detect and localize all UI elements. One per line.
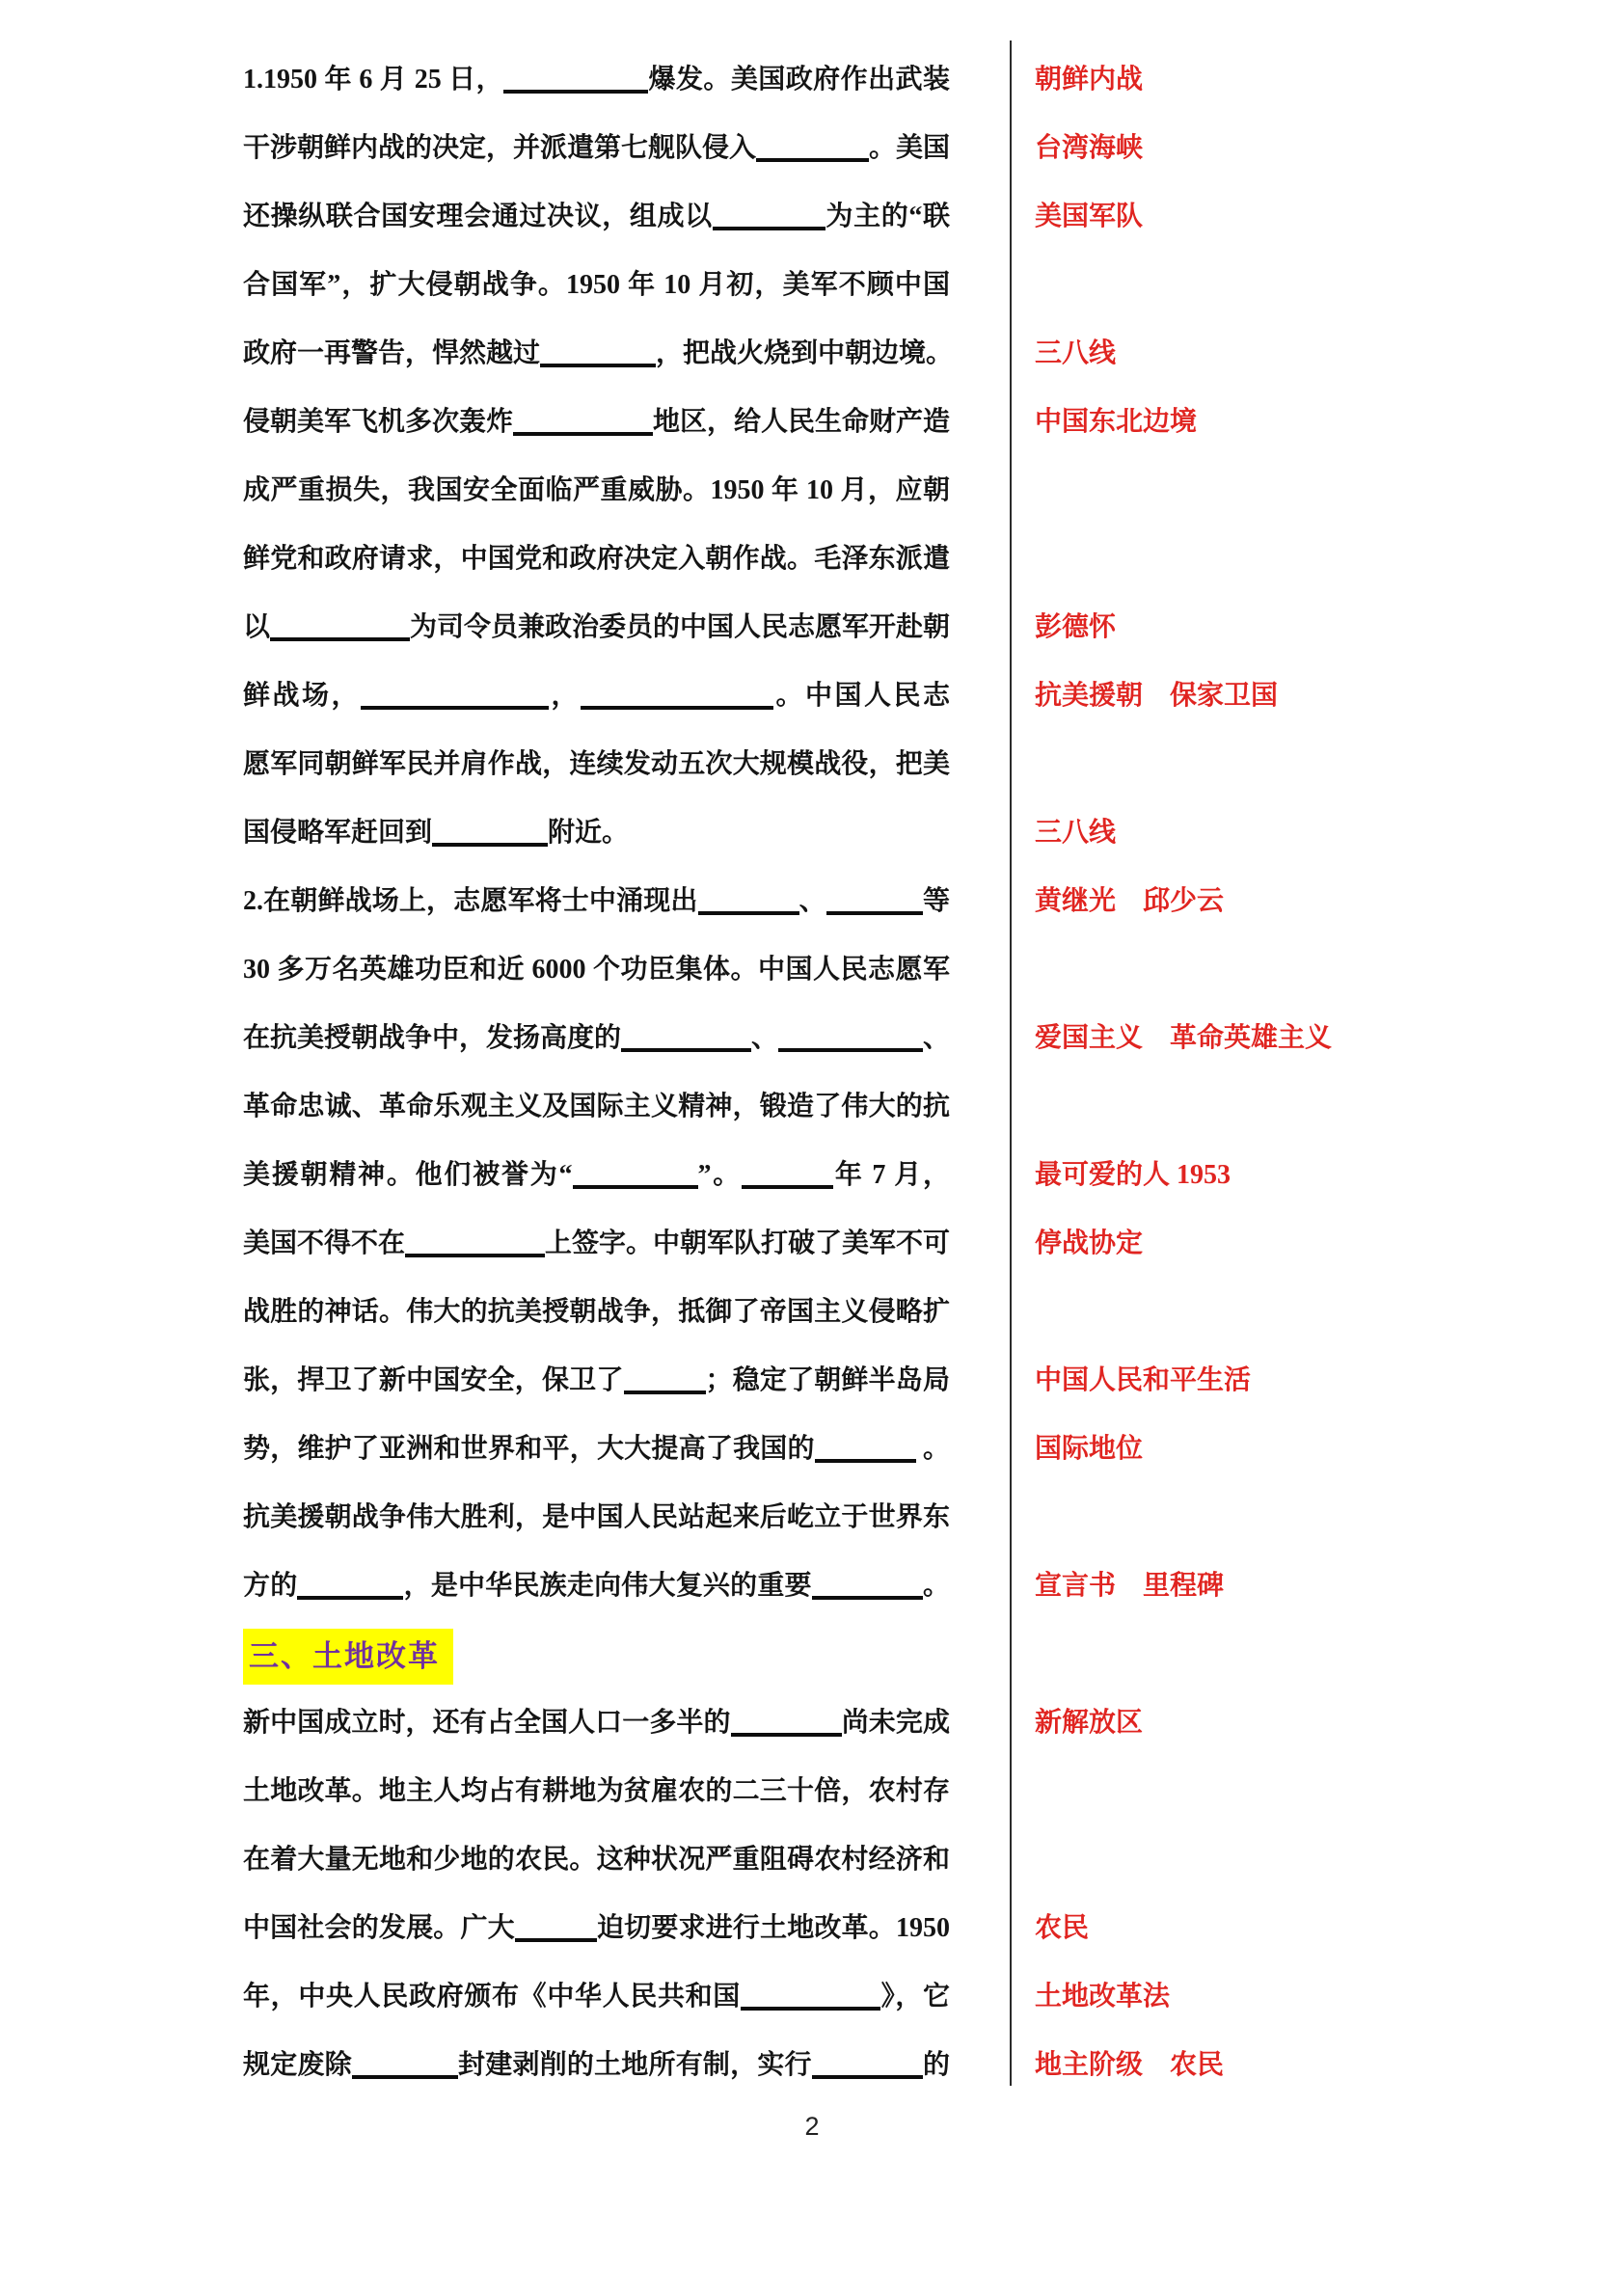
fill-in-blank xyxy=(756,129,869,162)
answer-item: 抗美援朝 保家卫国 xyxy=(1035,661,1278,730)
answer-item: 台湾海峡 xyxy=(1035,114,1143,182)
line-text: 爆发。美国政府作出武装 xyxy=(648,65,950,94)
text-line: 美国不得不在上签字。中朝军队打破了美军不可 xyxy=(243,1209,950,1278)
text-line: 30 多万名英雄功臣和近 6000 个功臣集体。中国人民志愿军 xyxy=(243,935,950,1004)
text-line: 中国社会的发展。广大迫切要求进行土地改革。1950 xyxy=(243,1894,950,1962)
text-line: 美援朝精神。他们被誉为“”。年 7 月， xyxy=(243,1141,950,1209)
line-text: 、 xyxy=(799,886,826,916)
line-text: 。中国人民志 xyxy=(773,681,950,711)
text-line: 势，维护了亚洲和世界和平，大大提高了我国的 。 xyxy=(243,1415,950,1483)
text-line: 愿军同朝鲜军民并肩作战，连续发动五次大规模战役，把美 xyxy=(243,730,950,798)
fill-in-blank xyxy=(624,1362,706,1394)
line-text: 在着大量无地和少地的农民。这种状况严重阻碍农村经济和 xyxy=(243,1845,950,1875)
text-line: 1.1950 年 6 月 25 日，爆发。美国政府作出武装 xyxy=(243,45,950,114)
line-text: 、 xyxy=(751,1023,778,1053)
text-line: 2.在朝鲜战场上，志愿军将士中涌现出、等 xyxy=(243,867,950,935)
line-text: 、 xyxy=(923,1023,950,1053)
line-text: 土地改革。地主人均占有耕地为贫雇农的二三十倍，农村存 xyxy=(243,1776,950,1806)
text-line: 在抗美授朝战争中，发扬高度的、、 xyxy=(243,1004,950,1072)
answer-item: 三八线 xyxy=(1035,319,1116,388)
fill-in-blank xyxy=(361,677,549,710)
worksheet-text-column: 1.1950 年 6 月 25 日，爆发。美国政府作出武装干涉朝鲜内战的决定，并… xyxy=(243,45,950,2099)
line-text: 新中国成立时，还有占全国人口一多半的 xyxy=(243,1708,731,1738)
answer-item: 最可爱的人 1953 xyxy=(1035,1141,1231,1209)
text-line: 还操纵联合国安理会通过决议，组成以为主的“联 xyxy=(243,182,950,251)
fill-in-blank xyxy=(731,1704,842,1737)
line-text: 迫切要求进行土地改革。1950 xyxy=(597,1913,950,1943)
fill-in-blank xyxy=(741,1978,880,2011)
fill-in-blank xyxy=(812,1567,923,1600)
line-text: ， xyxy=(549,681,581,711)
answer-item: 中国东北边境 xyxy=(1035,388,1197,456)
document-page: 1.1950 年 6 月 25 日，爆发。美国政府作出武装干涉朝鲜内战的决定，并… xyxy=(0,0,1624,2295)
line-text: 成严重损失，我国安全面临严重威胁。1950 年 10 月，应朝 xyxy=(243,475,950,505)
line-text: ，把战火烧到中朝边境。 xyxy=(656,338,953,368)
answer-item: 宣言书 里程碑 xyxy=(1035,1552,1224,1620)
line-text: 政府一再警告，悍然越过 xyxy=(243,338,540,368)
fill-in-blank xyxy=(581,677,773,710)
text-line: 鲜战场，，。中国人民志 xyxy=(243,661,950,730)
section-heading: 三、土地改革 xyxy=(243,1629,453,1685)
line-text: 上签字。中朝军队打破了美军不可 xyxy=(545,1228,950,1258)
text-line: 战胜的神话。伟大的抗美授朝战争，抵御了帝国主义侵略扩 xyxy=(243,1278,950,1346)
fill-in-blank xyxy=(815,1430,916,1463)
text-line: 年，中央人民政府颁布《中华人民共和国》，它 xyxy=(243,1962,950,2031)
answer-item: 地主阶级 农民 xyxy=(1035,2031,1224,2099)
text-line: 在着大量无地和少地的农民。这种状况严重阻碍农村经济和 xyxy=(243,1825,950,1894)
line-text: 战胜的神话。伟大的抗美授朝战争，抵御了帝国主义侵略扩 xyxy=(243,1297,950,1327)
answer-item: 土地改革法 xyxy=(1035,1962,1170,2031)
page-number: 2 xyxy=(0,2112,1624,2142)
line-text: 干涉朝鲜内战的决定，并派遣第七舰队侵入 xyxy=(243,133,756,163)
section-heading-line: 三、土地改革 xyxy=(243,1620,950,1688)
line-text: 侵朝美军飞机多次轰炸 xyxy=(243,407,513,437)
text-line: 合国军”，扩大侵朝战争。1950 年 10 月初，美军不顾中国 xyxy=(243,251,950,319)
fill-in-blank xyxy=(297,1567,403,1600)
fill-in-blank xyxy=(812,2046,923,2079)
line-text: ；稳定了朝鲜半岛局 xyxy=(706,1365,950,1395)
fill-in-blank xyxy=(515,1909,597,1942)
line-text: 1.1950 年 6 月 25 日， xyxy=(243,65,503,94)
line-text: 鲜战场， xyxy=(243,681,361,711)
fill-in-blank xyxy=(778,1019,923,1052)
text-line: 规定废除封建剥削的土地所有制，实行的 xyxy=(243,2031,950,2099)
line-text: 张，捍卫了新中国安全，保卫了 xyxy=(243,1365,624,1395)
text-line: 方的，是中华民族走向伟大复兴的重要。 xyxy=(243,1552,950,1620)
line-text: 还操纵联合国安理会通过决议，组成以 xyxy=(243,202,713,231)
text-line: 国侵略军赶回到附近。 xyxy=(243,798,950,867)
line-text: 地区，给人民生命财产造 xyxy=(653,407,950,437)
line-text: 中国社会的发展。广大 xyxy=(243,1913,515,1943)
line-text: 合国军”，扩大侵朝战争。1950 年 10 月初，美军不顾中国 xyxy=(243,270,950,300)
line-text: 美国不得不在 xyxy=(243,1228,405,1258)
text-line: 土地改革。地主人均占有耕地为贫雇农的二三十倍，农村存 xyxy=(243,1757,950,1825)
fill-in-blank xyxy=(540,335,656,367)
answer-item: 停战协定 xyxy=(1035,1209,1143,1278)
text-line: 抗美援朝战争伟大胜利，是中国人民站起来后屹立于世界东 xyxy=(243,1483,950,1552)
text-line: 革命忠诚、革命乐观主义及国际主义精神，锻造了伟大的抗 xyxy=(243,1072,950,1141)
line-text: 方的 xyxy=(243,1571,297,1601)
text-line: 干涉朝鲜内战的决定，并派遣第七舰队侵入。美国 xyxy=(243,114,950,182)
answer-item: 朝鲜内战 xyxy=(1035,45,1143,114)
line-text: 国侵略军赶回到 xyxy=(243,818,432,848)
text-line: 以为司令员兼政治委员的中国人民志愿军开赴朝 xyxy=(243,593,950,661)
line-text: 势，维护了亚洲和世界和平，大大提高了我国的 xyxy=(243,1434,815,1464)
line-text: 等 xyxy=(923,886,950,916)
line-text: 抗美援朝战争伟大胜利，是中国人民站起来后屹立于世界东 xyxy=(243,1502,950,1532)
line-text: 年 7 月， xyxy=(833,1160,950,1190)
fill-in-blank xyxy=(742,1156,833,1189)
line-text: 鲜党和政府请求，中国党和政府决定入朝作战。毛泽东派遣 xyxy=(243,544,950,574)
line-text: ”。 xyxy=(698,1160,743,1190)
text-line: 侵朝美军飞机多次轰炸地区，给人民生命财产造 xyxy=(243,388,950,456)
line-text: 规定废除 xyxy=(243,2050,352,2080)
text-line: 新中国成立时，还有占全国人口一多半的尚未完成 xyxy=(243,1688,950,1757)
fill-in-blank xyxy=(698,882,799,915)
line-text: 附近。 xyxy=(548,818,629,848)
answer-item: 三八线 xyxy=(1035,798,1116,867)
line-text: 为主的“联 xyxy=(826,202,950,231)
fill-in-blank xyxy=(713,198,826,230)
line-text: 革命忠诚、革命乐观主义及国际主义精神，锻造了伟大的抗 xyxy=(243,1092,950,1121)
text-line: 政府一再警告，悍然越过，把战火烧到中朝边境。 xyxy=(243,319,950,388)
line-text: 》，它 xyxy=(880,1982,950,2011)
line-text: 愿军同朝鲜军民并肩作战，连续发动五次大规模战役，把美 xyxy=(243,749,950,779)
fill-in-blank xyxy=(352,2046,458,2079)
line-text: 美援朝精神。他们被誉为“ xyxy=(243,1160,573,1190)
line-text: 2.在朝鲜战场上，志愿军将士中涌现出 xyxy=(243,886,698,916)
fill-in-blank xyxy=(405,1225,545,1257)
line-text: 年，中央人民政府颁布《中华人民共和国 xyxy=(243,1982,741,2011)
column-divider-line xyxy=(1010,40,1012,2086)
line-text: 在抗美授朝战争中，发扬高度的 xyxy=(243,1023,621,1053)
fill-in-blank xyxy=(621,1019,751,1052)
line-text: ，是中华民族走向伟大复兴的重要 xyxy=(403,1571,811,1601)
answer-item: 中国人民和平生活 xyxy=(1035,1346,1251,1415)
answer-item: 新解放区 xyxy=(1035,1688,1143,1757)
line-text: 的 xyxy=(923,2050,950,2080)
answer-item: 农民 xyxy=(1035,1894,1089,1962)
answer-item: 爱国主义 革命英雄主义 xyxy=(1035,1004,1332,1072)
line-text: 尚未完成 xyxy=(842,1708,950,1738)
line-text: 为司令员兼政治委员的中国人民志愿军开赴朝 xyxy=(410,612,950,642)
fill-in-blank xyxy=(270,608,410,641)
fill-in-blank xyxy=(573,1156,698,1189)
line-text: 。 xyxy=(916,1434,950,1464)
answer-item: 彭德怀 xyxy=(1035,593,1116,661)
line-text: 。美国 xyxy=(869,133,950,163)
text-line: 张，捍卫了新中国安全，保卫了；稳定了朝鲜半岛局 xyxy=(243,1346,950,1415)
line-text: 封建剥削的土地所有制，实行 xyxy=(458,2050,812,2080)
fill-in-blank xyxy=(432,814,548,847)
fill-in-blank xyxy=(513,403,653,436)
line-text: 。 xyxy=(923,1571,950,1601)
line-text: 以 xyxy=(243,612,270,642)
fill-in-blank xyxy=(826,882,923,915)
answer-item: 美国军队 xyxy=(1035,182,1143,251)
line-text: 30 多万名英雄功臣和近 6000 个功臣集体。中国人民志愿军 xyxy=(243,955,950,985)
answer-item: 国际地位 xyxy=(1035,1415,1143,1483)
text-line: 成严重损失，我国安全面临严重威胁。1950 年 10 月，应朝 xyxy=(243,456,950,525)
fill-in-blank xyxy=(503,61,648,94)
answer-item: 黄继光 邱少云 xyxy=(1035,867,1224,935)
text-line: 鲜党和政府请求，中国党和政府决定入朝作战。毛泽东派遣 xyxy=(243,525,950,593)
